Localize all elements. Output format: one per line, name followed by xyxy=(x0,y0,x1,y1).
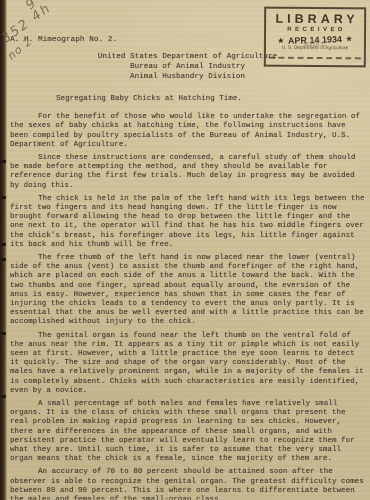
star-icon: ★ xyxy=(346,36,352,43)
library-received-stamp: LIBRARY RECEIVED March 31 ★APR 14 1934★ … xyxy=(264,7,366,68)
document-content: A. H. Mimeograph No. 2. United States De… xyxy=(10,36,365,500)
body-paragraph: For the benefit of those who would like … xyxy=(10,113,365,150)
stamp-library-text: LIBRARY xyxy=(268,12,362,27)
body-paragraph: An accuracy of 70 to 80 percent should b… xyxy=(10,468,365,500)
edge-mark xyxy=(1,395,6,398)
edge-mark xyxy=(1,160,6,163)
stamp-date: APR 14 1934 xyxy=(288,34,342,46)
body-paragraph: A small percentage of both males and fem… xyxy=(10,400,365,464)
document-title: Segregating Baby Chicks at Hatching Time… xyxy=(56,95,365,104)
stamp-received-text: RECEIVED xyxy=(268,27,362,34)
stamp-dashed-line xyxy=(269,57,361,60)
body-paragraph: Since these instructions are condensed, … xyxy=(10,154,365,191)
edge-mark xyxy=(1,332,6,335)
edge-mark xyxy=(1,243,6,246)
edge-mark xyxy=(1,196,6,199)
scanned-document-page: { "page": { "paper_color": "#cfc19a", "i… xyxy=(0,0,370,500)
star-icon: ★ xyxy=(278,38,284,45)
agency-header-line: Animal Husbandry Division xyxy=(10,73,365,83)
edge-mark xyxy=(1,258,6,261)
scan-page-edge xyxy=(0,0,7,500)
body-paragraph: The chick is held in the palm of the lef… xyxy=(10,195,365,250)
body-paragraph: The free thumb of the left hand is now p… xyxy=(10,254,365,328)
stamp-agency-text: U. S. Department of Agriculture xyxy=(268,46,362,52)
body-paragraph: The genital organ is found near the left… xyxy=(10,332,365,396)
